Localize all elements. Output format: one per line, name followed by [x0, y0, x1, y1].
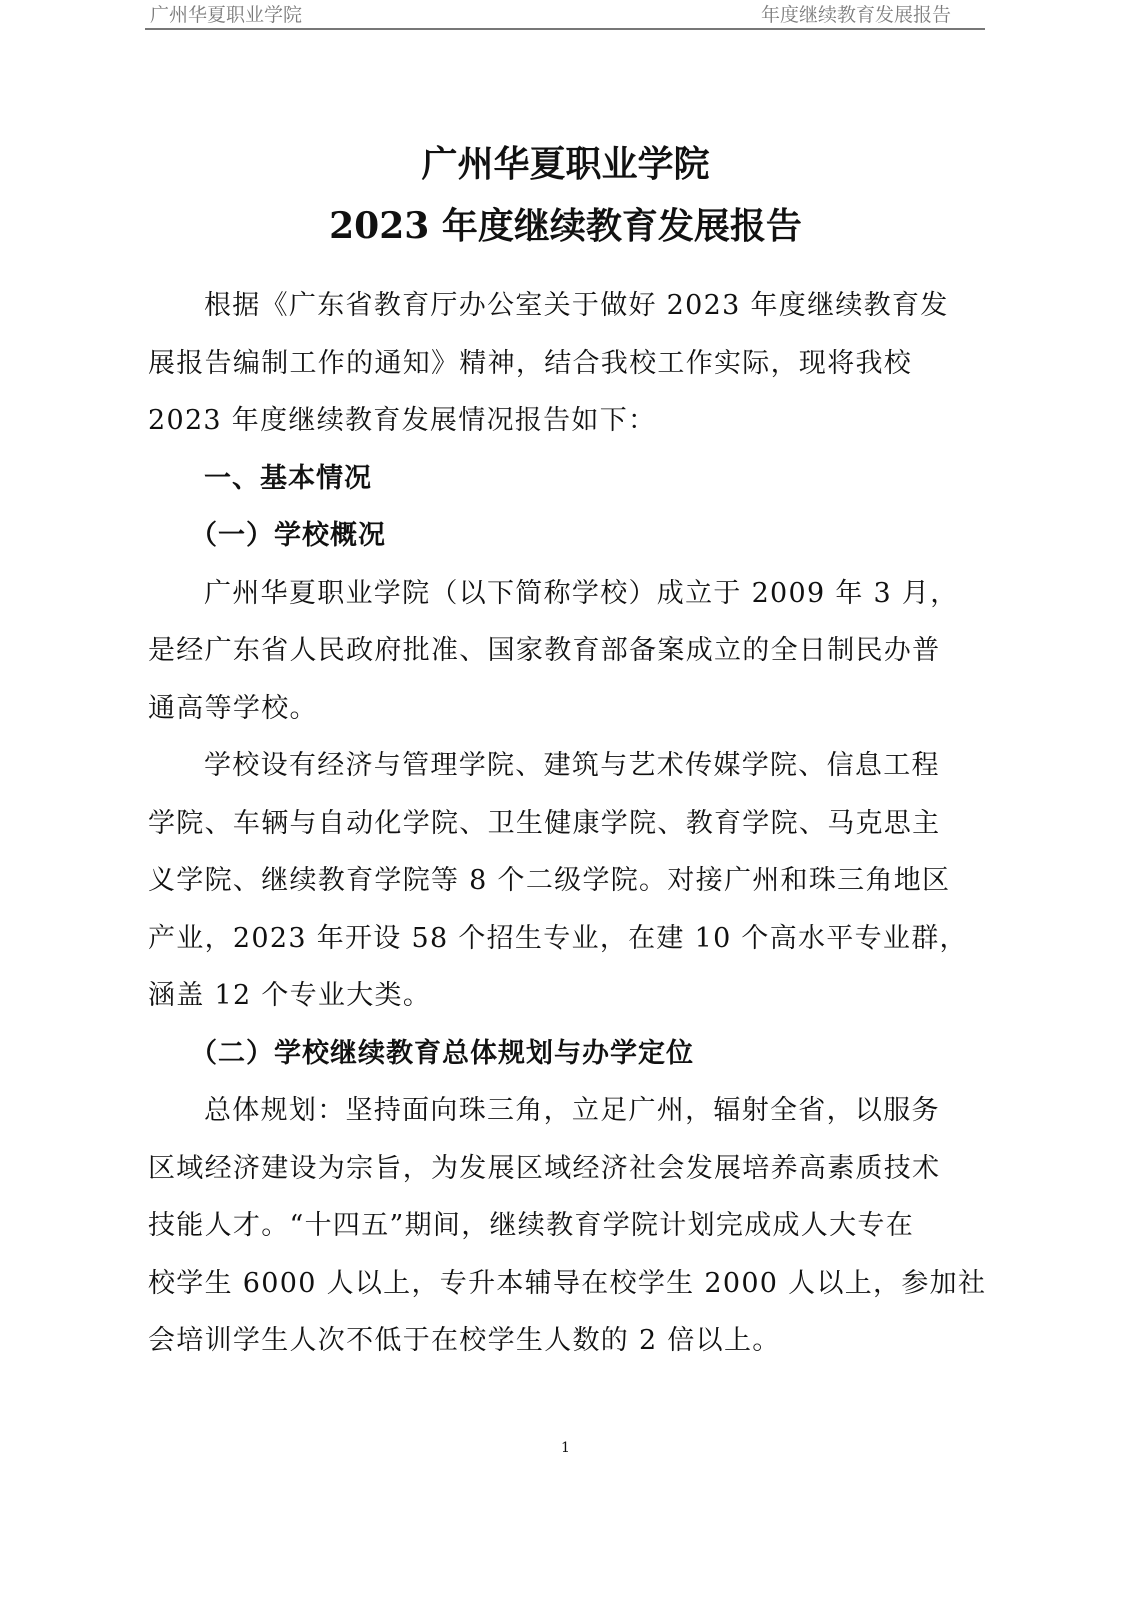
document-body: 根据《广东省教育厅办公室关于做好 2023 年度继续教育发 展报告编制工作的通知…: [148, 277, 988, 1370]
paragraph-line: 学校设有经济与管理学院、建筑与艺术传媒学院、信息工程: [148, 737, 988, 795]
document-title-line2: 2023 年度继续教育发展报告: [0, 204, 1131, 248]
paragraph-line: 会培训学生人次不低于在校学生人数的 2 倍以上。: [148, 1312, 988, 1370]
section-heading-basic-info: 一、基本情况: [148, 450, 988, 508]
intro-line: 2023 年度继续教育发展情况报告如下：: [148, 392, 988, 450]
running-header-left: 广州华夏职业学院: [150, 3, 302, 27]
header-divider: [145, 28, 985, 30]
subsection-heading-school-overview: （一）学校概况: [148, 507, 988, 565]
subsection-heading-planning: （二）学校继续教育总体规划与办学定位: [148, 1025, 988, 1083]
paragraph-line: 学院、车辆与自动化学院、卫生健康学院、教育学院、马克思主: [148, 795, 988, 853]
paragraph-line: 技能人才。“十四五”期间，继续教育学院计划完成成人大专在: [148, 1197, 988, 1255]
intro-line: 根据《广东省教育厅办公室关于做好 2023 年度继续教育发: [148, 277, 988, 335]
paragraph-line: 是经广东省人民政府批准、国家教育部备案成立的全日制民办普: [148, 622, 988, 680]
paragraph-line: 义学院、继续教育学院等 8 个二级学院。对接广州和珠三角地区: [148, 852, 988, 910]
paragraph-line: 涵盖 12 个专业大类。: [148, 967, 988, 1025]
document-title-line1: 广州华夏职业学院: [0, 142, 1131, 186]
paragraph-line: 产业，2023 年开设 58 个招生专业，在建 10 个高水平专业群，: [148, 910, 988, 968]
paragraph-line: 通高等学校。: [148, 680, 988, 738]
page-number: 1: [0, 1440, 1131, 1456]
document-page: 广州华夏职业学院 年度继续教育发展报告 广州华夏职业学院 2023 年度继续教育…: [0, 0, 1131, 1600]
paragraph-line: 校学生 6000 人以上，专升本辅导在校学生 2000 人以上，参加社: [148, 1255, 988, 1313]
running-header-right: 年度继续教育发展报告: [761, 3, 951, 27]
paragraph-line: 总体规划：坚持面向珠三角，立足广州，辐射全省，以服务: [148, 1082, 988, 1140]
paragraph-line: 广州华夏职业学院（以下简称学校）成立于 2009 年 3 月，: [148, 565, 988, 623]
intro-line: 展报告编制工作的通知》精神，结合我校工作实际，现将我校: [148, 335, 988, 393]
paragraph-line: 区域经济建设为宗旨，为发展区域经济社会发展培养高素质技术: [148, 1140, 988, 1198]
